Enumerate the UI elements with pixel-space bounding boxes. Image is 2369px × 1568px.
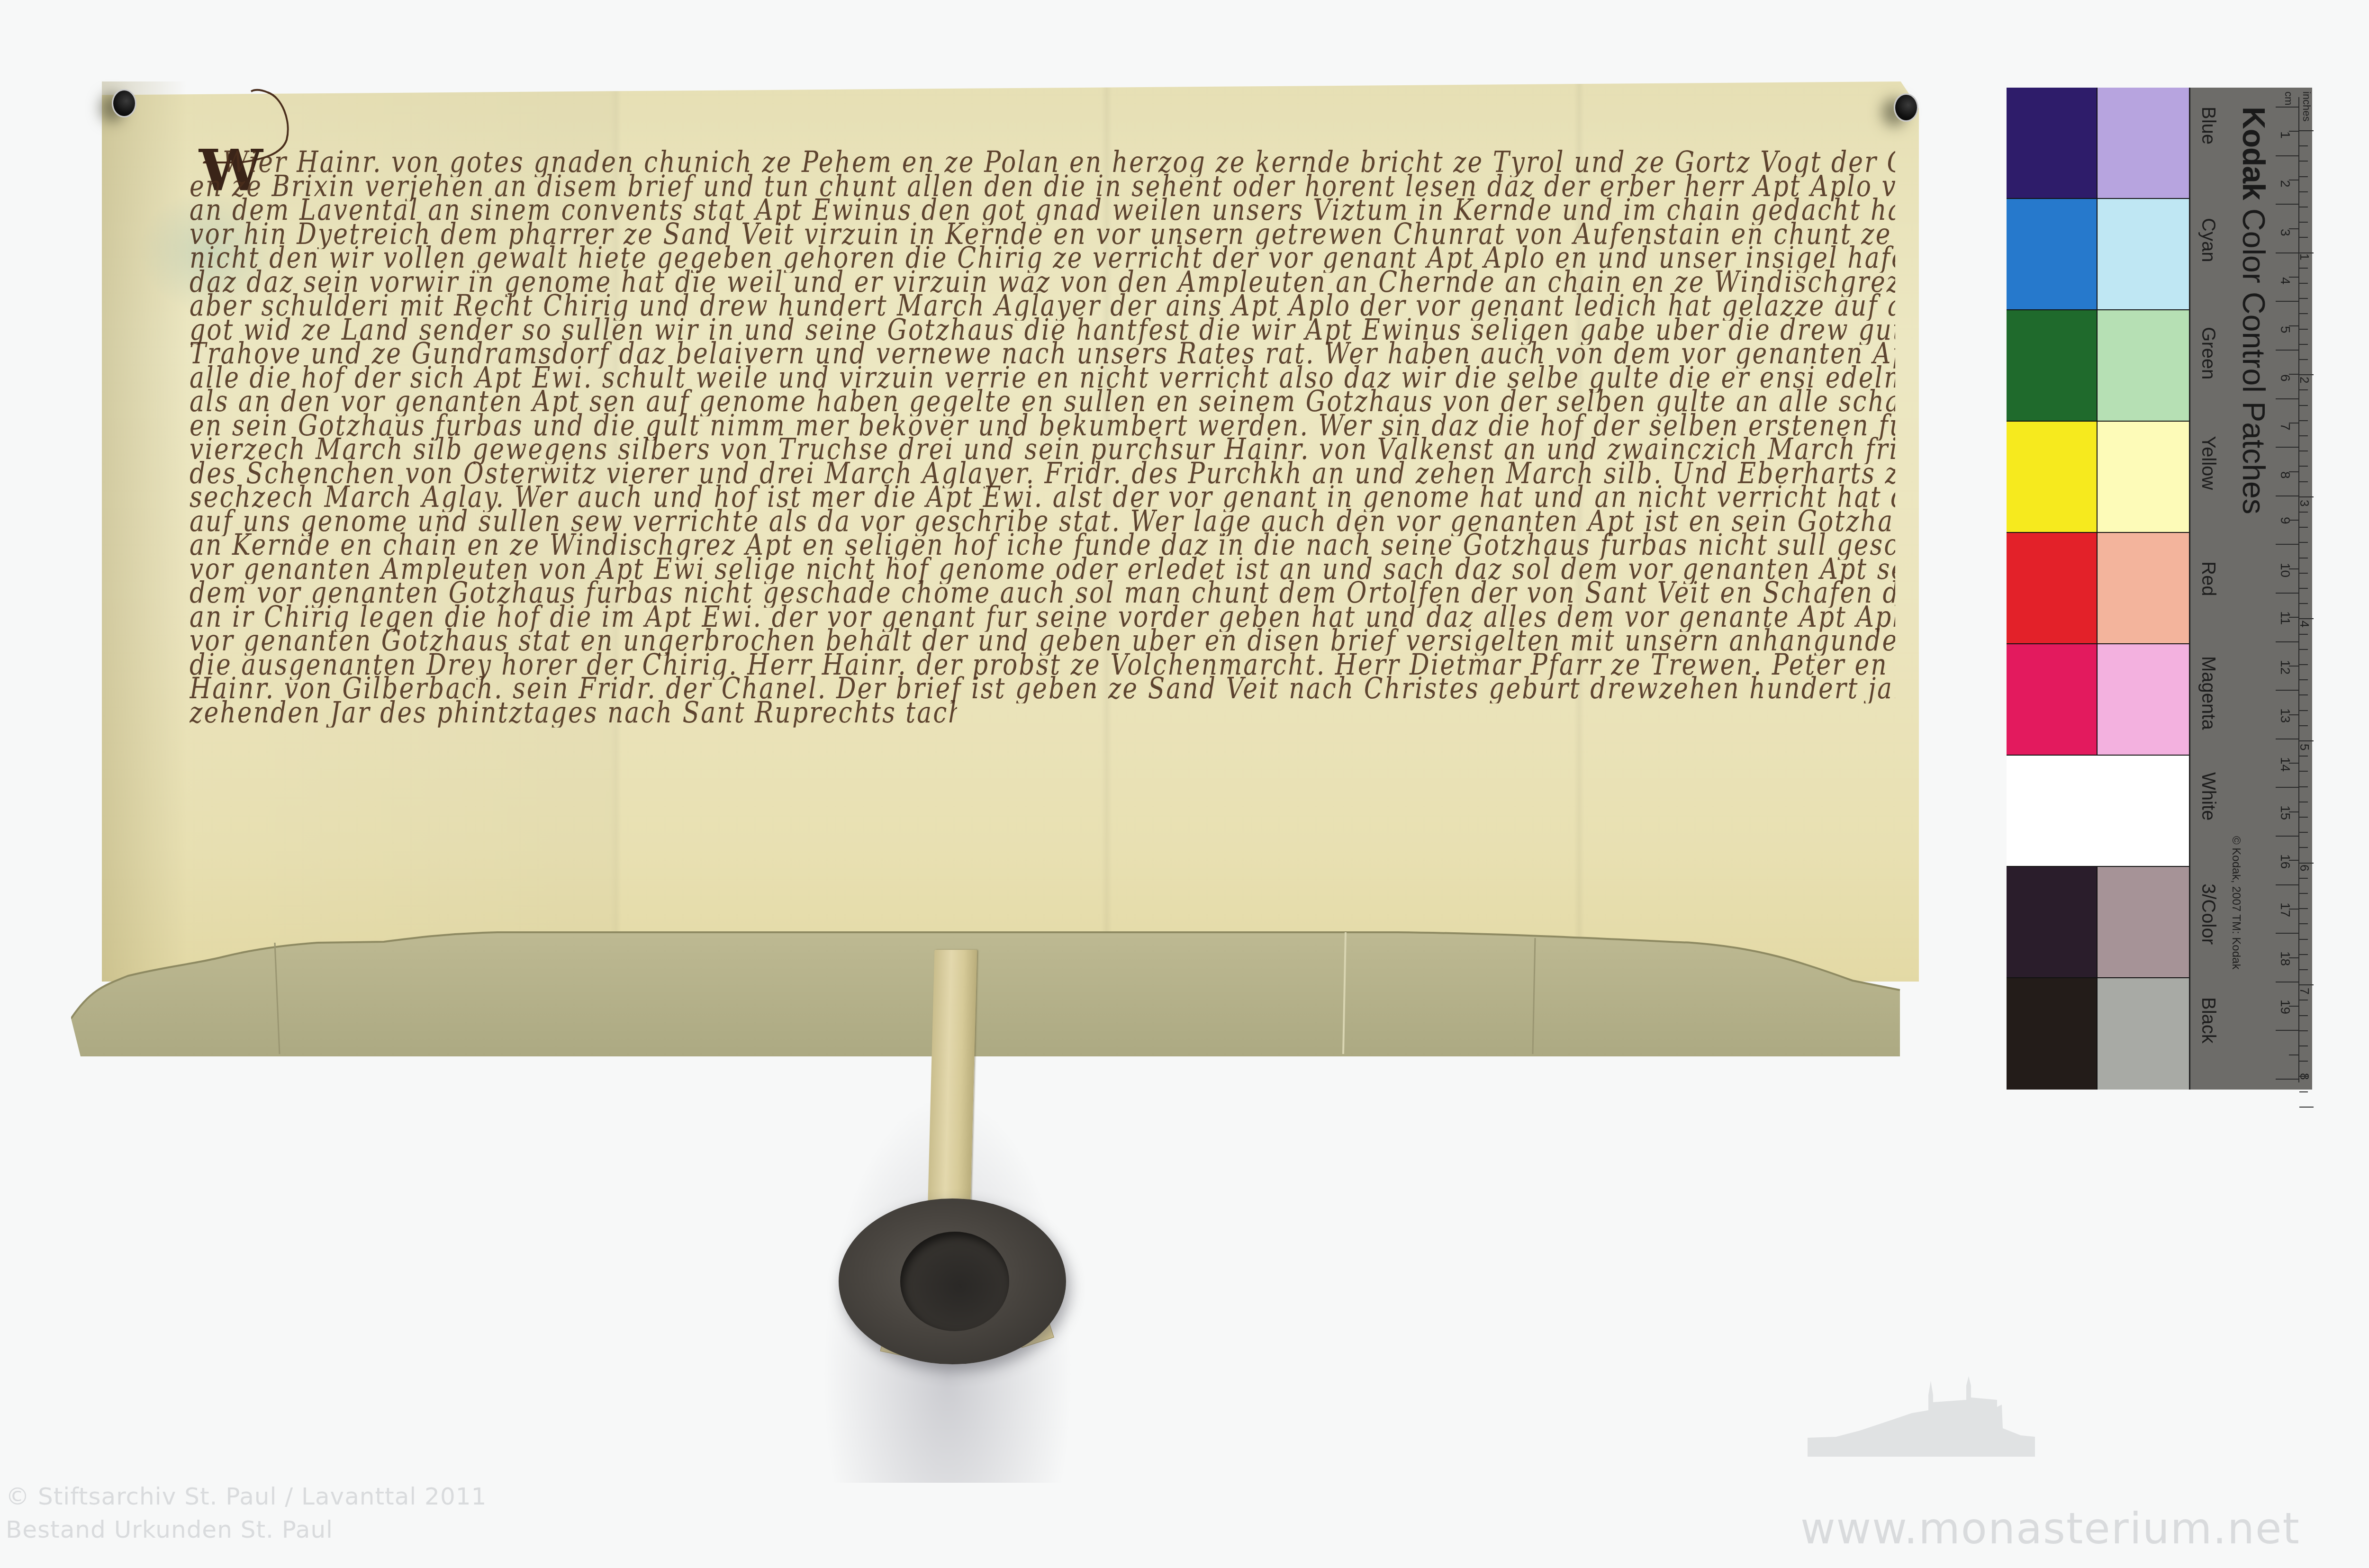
cm-mark: 19 (2278, 1000, 2293, 1014)
ruler-tick-inch (2299, 130, 2314, 131)
wax-seal-impression (900, 1232, 1009, 1331)
ruler-tick-inch (2299, 451, 2308, 451)
ruler-tick (2276, 204, 2299, 205)
cm-mark: 7 (2278, 423, 2293, 431)
ruler-tick-inch (2299, 802, 2308, 802)
ruler-tick (2289, 666, 2299, 667)
ruler-tick (2289, 617, 2299, 618)
ruler-tick-inch (2299, 1030, 2308, 1031)
ruler-tick-inch (2299, 1015, 2308, 1016)
ruler-tick-inch (2299, 740, 2314, 741)
ruler-tick (2276, 690, 2299, 691)
ruler-tick-inch (2299, 786, 2308, 787)
cm-mark: 12 (2278, 660, 2293, 675)
kodak-chart-title: Kodak Color Control Patches (2236, 107, 2272, 514)
ruler-tick-inch (2299, 984, 2314, 985)
ruler-tick-inch (2299, 634, 2308, 635)
inch-mark: 5 (2297, 744, 2312, 750)
ruler-tick-inch (2299, 1091, 2308, 1092)
ruler-tick-inch (2299, 237, 2308, 238)
ruler-tick-inch (2299, 405, 2308, 406)
patch-row-3color (2007, 867, 2189, 978)
ruler-tick-inch (2299, 679, 2308, 680)
ruler-unit-cm: cm (2282, 91, 2295, 105)
ruler-tick-inch (2299, 313, 2308, 314)
patch-yellow-dark (2007, 422, 2098, 532)
ruler-tick (2276, 496, 2299, 496)
patch-label-green: Green (2197, 327, 2219, 379)
ruler-tick-inch (2299, 618, 2314, 619)
ruler-tick (2289, 1006, 2299, 1007)
color-patch-grid (2007, 88, 2189, 1090)
ruler-tick-inch (2299, 694, 2308, 695)
ruler-tick (2276, 641, 2299, 642)
ruler-tick (2276, 301, 2299, 302)
ruler-tick-inch (2299, 649, 2308, 650)
ruler-tick (2276, 398, 2299, 399)
rotated-ruler-content: inches cm 1 2 3 4 5 6 7 8 1 2 3 4 5 6 7 … (2190, 88, 2314, 1090)
ruler-tick-inch (2299, 435, 2308, 436)
monasterium-url[interactable]: www.monasterium.net (1800, 1504, 2300, 1554)
patch-row-yellow (2007, 422, 2189, 533)
ruler-tick (2276, 252, 2299, 253)
cm-mark: 2 (2278, 180, 2293, 188)
ruler-tick-inch (2299, 207, 2308, 207)
patch-row-blue (2007, 88, 2189, 199)
patch-row-black (2007, 978, 2189, 1090)
archive-collection: Bestand Urkunden St. Paul (6, 1516, 333, 1543)
charter-text-body: Wier Hainr. von gotes gnaden chunich ze … (190, 151, 1895, 725)
kodak-brand: Kodak (2236, 107, 2271, 200)
patch-white (2007, 756, 2189, 866)
ruler-tick-inch (2299, 481, 2308, 482)
ruler-tick-inch (2299, 756, 2308, 757)
ruler-tick-inch (2299, 1061, 2308, 1062)
ruler-tick (2276, 1079, 2299, 1080)
ruler-tick (2289, 471, 2299, 472)
cm-mark: 5 (2278, 326, 2293, 333)
patch-black-light (2098, 978, 2189, 1090)
ruler-tick-inch (2299, 863, 2314, 864)
ruler-tick-inch (2299, 161, 2308, 162)
ruler-tick-inch (2299, 542, 2308, 543)
ruler-tick-inch (2299, 954, 2308, 955)
ruler-tick-inch (2299, 558, 2308, 559)
cm-mark: 14 (2278, 757, 2293, 772)
ruler-tick (2289, 909, 2299, 910)
patch-green-light (2098, 310, 2189, 421)
ruler-tick (2289, 131, 2299, 132)
ruler-tick-inch (2299, 329, 2308, 330)
ruler-tick-inch (2299, 847, 2308, 848)
patch-cyan-dark (2007, 199, 2098, 309)
ruler-tick (2276, 884, 2299, 885)
ruler-tick-inch (2299, 1107, 2314, 1108)
archive-copyright: © Stiftsarchiv St. Paul / Lavanttal 2011 (6, 1483, 487, 1510)
ruler-tick (2289, 180, 2299, 180)
monastery-silhouette-logo (1808, 1376, 2035, 1457)
ruler-tick (2276, 982, 2299, 982)
ruler-tick (2289, 763, 2299, 764)
ruler-tick-inch (2299, 771, 2308, 772)
ruler-tick (2289, 520, 2299, 521)
ruler-tick (2276, 836, 2299, 837)
cm-mark: 4 (2278, 277, 2293, 285)
ruler-tick-inch (2299, 588, 2308, 589)
patch-row-magenta (2007, 644, 2189, 756)
cm-mark: 6 (2278, 374, 2293, 382)
ruler-tick-inch (2299, 268, 2308, 269)
ruler-tick (2289, 277, 2299, 278)
ruler-tick-inch (2299, 878, 2308, 879)
ruler-tick (2276, 107, 2299, 108)
ruler-tick-inch (2299, 512, 2308, 513)
ruler-tick-inch (2299, 466, 2308, 467)
ruler-tick-inch (2299, 939, 2308, 940)
cm-mark: 18 (2278, 951, 2293, 966)
ruler-tick (2289, 957, 2299, 958)
ruler-tick (2289, 1054, 2299, 1055)
cm-mark: 3 (2278, 229, 2293, 236)
kodak-copyright: © Kodak, 2007 TM: Kodak (2229, 836, 2242, 969)
ruler-tick (2289, 228, 2299, 229)
charter-plica-fold (71, 928, 1928, 1056)
ruler-tick (2276, 933, 2299, 934)
patch-black-dark (2007, 978, 2098, 1090)
cm-mark: 1 (2278, 131, 2293, 139)
ruler-tick (2276, 544, 2299, 545)
patch-magenta-dark (2007, 644, 2098, 755)
ruler-tick-inch (2299, 664, 2308, 665)
patch-magenta-light (2098, 644, 2189, 755)
ruler-tick (2289, 860, 2299, 861)
ruler-tick (2289, 811, 2299, 812)
patch-3color-light (2098, 867, 2189, 977)
ruler-tick (2289, 374, 2299, 375)
patch-green-dark (2007, 310, 2098, 421)
kodak-title-text: Color Control Patches (2236, 208, 2271, 514)
ruler-tick-inch (2299, 145, 2308, 146)
chart-label-ruler-strip: inches cm 1 2 3 4 5 6 7 8 1 2 3 4 5 6 7 … (2189, 88, 2312, 1090)
patch-label-3color: 3/Color (2197, 883, 2219, 945)
mounting-pin-left (112, 89, 136, 117)
ruler-tick-inch (2299, 573, 2308, 574)
patch-yellow-light (2098, 422, 2189, 532)
ruler-tick (2289, 325, 2299, 326)
ruler-tick (2276, 593, 2299, 594)
ruler-tick-inch (2299, 1000, 2308, 1000)
patch-label-white: White (2197, 772, 2219, 820)
inch-mark: 2 (2297, 377, 2312, 383)
seal-parchment-strap (928, 950, 977, 1215)
ruler-tick (2276, 739, 2299, 739)
patch-3color-dark (2007, 867, 2098, 977)
patch-label-cyan: Cyan (2197, 218, 2219, 262)
ruler-tick-inch (2299, 923, 2308, 924)
ruler-tick (2289, 714, 2299, 715)
ruler-tick (2276, 787, 2299, 788)
ruler-tick-inch (2299, 710, 2308, 711)
patch-red-dark (2007, 533, 2098, 643)
ruler-tick-inch (2299, 832, 2308, 833)
ruler-tick-inch (2299, 1045, 2308, 1046)
ruler-tick-inch (2299, 222, 2308, 223)
ruler-baseline (2298, 97, 2299, 1082)
inch-mark: 6 (2297, 865, 2312, 871)
cm-mark: 10 (2278, 563, 2293, 577)
ruler-tick-inch (2299, 359, 2308, 360)
ruler-tick (2276, 1030, 2299, 1031)
inch-mark: 3 (2297, 500, 2312, 506)
inch-mark: 4 (2297, 621, 2312, 627)
ruler-unit-inches: inches (2300, 91, 2313, 122)
cm-mark: 11 (2278, 611, 2293, 625)
ruler-tick-inch (2299, 298, 2308, 299)
patch-blue-light (2098, 88, 2189, 198)
ruler-tick-inch (2299, 176, 2308, 177)
ruler-tick-inch (2299, 893, 2308, 894)
ruler-tick-inch (2299, 374, 2314, 375)
ruler-tick-inch (2299, 283, 2308, 284)
patch-red-light (2098, 533, 2189, 643)
patch-label-red: Red (2197, 561, 2219, 596)
patch-row-red (2007, 533, 2189, 644)
ruler-tick-inch (2299, 817, 2308, 818)
ruler-tick (2276, 350, 2299, 351)
ruler-tick-inch (2299, 191, 2308, 192)
ruler-tick-inch (2299, 252, 2314, 253)
mounting-pin-right (1894, 93, 1918, 122)
cm-mark: 8 (2278, 471, 2293, 479)
ruler-tick-inch (2299, 389, 2308, 390)
inch-mark: 7 (2297, 988, 2312, 994)
patch-row-white (2007, 756, 2189, 867)
patch-blue-dark (2007, 88, 2098, 198)
ruler-tick-inch (2299, 527, 2308, 528)
patch-label-magenta: Magenta (2197, 656, 2219, 730)
text-line: zehenden Jar des phintztages nach Sant R… (190, 699, 957, 727)
ruler-tick-inch (2299, 420, 2308, 421)
cm-mark: 13 (2278, 708, 2293, 723)
patch-label-black: Black (2197, 997, 2219, 1044)
ruler-tick-inch (2299, 969, 2308, 970)
patch-label-yellow: Yellow (2197, 436, 2219, 490)
patch-label-blue: Blue (2197, 107, 2219, 144)
ruler-tick-inch (2299, 603, 2308, 604)
cm-mark: 15 (2278, 805, 2293, 820)
ruler-tick (2289, 568, 2299, 569)
cm-mark: 16 (2278, 854, 2293, 869)
ruler-tick (2289, 423, 2299, 424)
ruler-tick-inch (2299, 496, 2314, 497)
kodak-color-control-chart: inches cm 1 2 3 4 5 6 7 8 1 2 3 4 5 6 7 … (2007, 88, 2312, 1090)
patch-row-green (2007, 310, 2189, 422)
ruler-tick (2276, 447, 2299, 448)
ruler-tick-inch (2299, 725, 2308, 726)
ruler-tick (2276, 155, 2299, 156)
cm-mark: 17 (2278, 902, 2293, 917)
patch-row-cyan (2007, 199, 2189, 310)
inch-mark: 1 (2297, 253, 2312, 260)
ruler-tick-inch (2299, 1076, 2308, 1077)
patch-cyan-light (2098, 199, 2189, 309)
ruler-tick-inch (2299, 908, 2308, 909)
ruler-tick-inch (2299, 344, 2308, 345)
